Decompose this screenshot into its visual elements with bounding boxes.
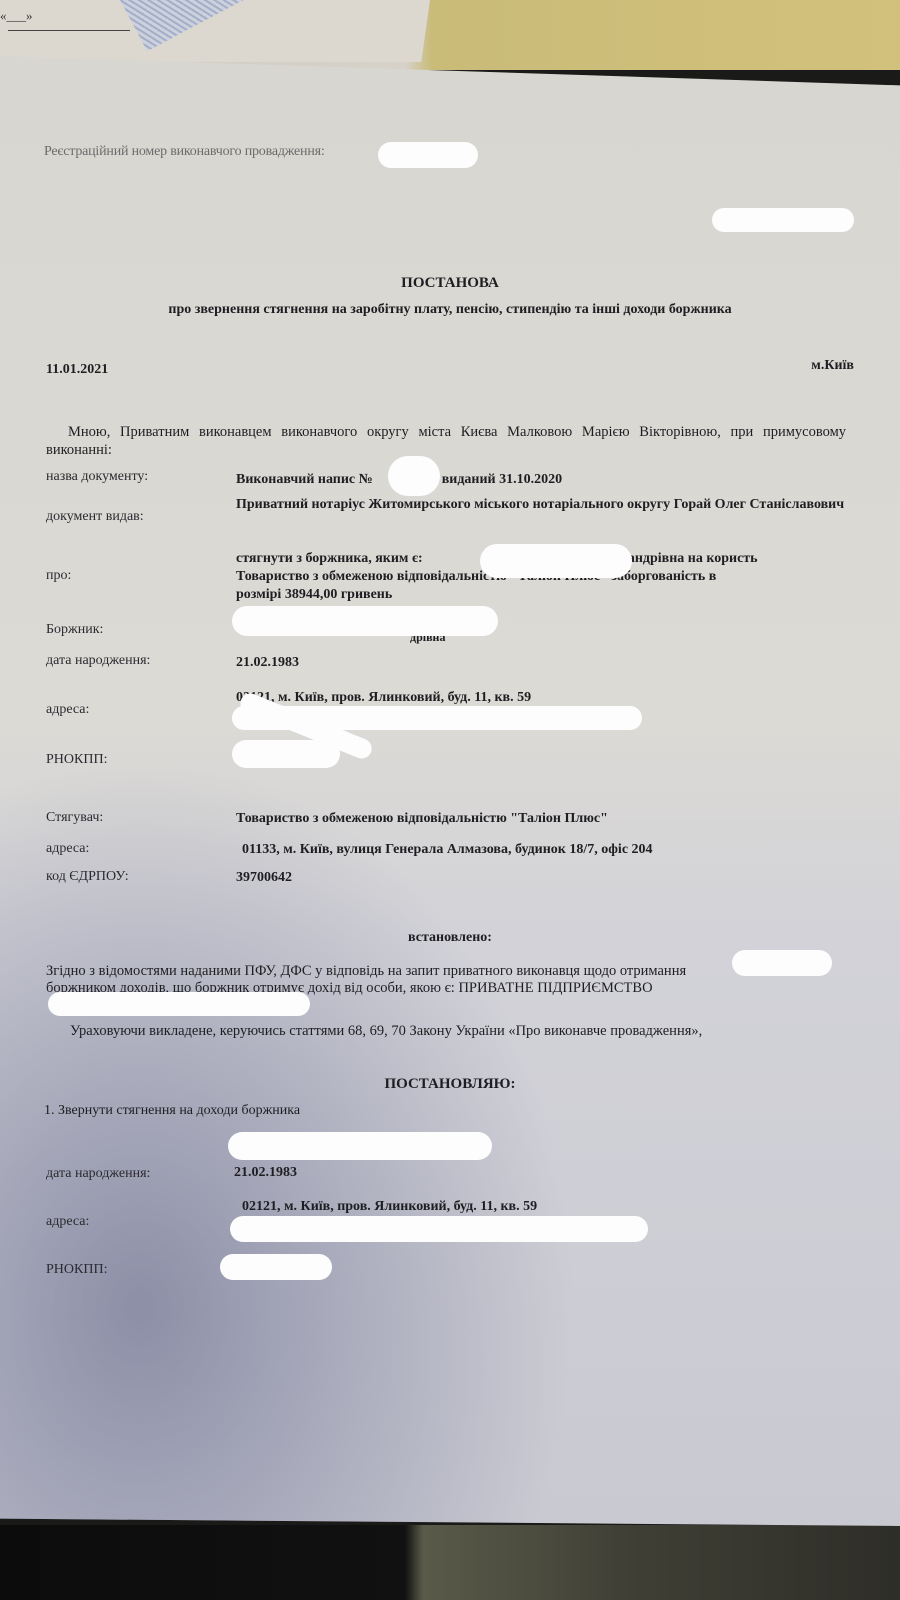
document-name-prefix: Виконавчий напис №: [236, 472, 373, 487]
creditor-address-label: адреса:: [46, 841, 89, 857]
redaction-top-right: [712, 208, 854, 232]
intro-paragraph: Мною, Приватним виконавцем виконавчого о…: [46, 423, 846, 459]
redaction-item1-rnokpp: [220, 1254, 332, 1280]
subject-line-1-prefix: стягнути з боржника, яким є:: [236, 551, 423, 566]
redaction-subject-name: [480, 544, 632, 578]
considering-paragraph: Ураховуючи викладене, керуючись статтями…: [70, 1022, 702, 1040]
redaction-item1-address: [230, 1216, 648, 1242]
item1-address-label: адреса:: [46, 1214, 89, 1230]
resolution-item-1: 1. Звернути стягнення на доходи боржника: [44, 1102, 300, 1120]
subject-line-3: розмірі 38944,00 гривень: [236, 586, 392, 604]
established-heading: встановлено:: [0, 930, 900, 946]
resolve-heading: ПОСТАНОВЛЯЮ:: [0, 1076, 900, 1093]
edrpou-label: код ЄДРПОУ:: [46, 869, 129, 885]
item1-rnokpp-label: РНОКПП:: [46, 1262, 107, 1278]
item1-birth-date-value: 21.02.1983: [234, 1164, 297, 1182]
debtor-label: Боржник:: [46, 622, 103, 638]
document-date: 11.01.2021: [46, 362, 108, 378]
creditor-address-value: 01133, м. Київ, вулиця Генерала Алмазова…: [242, 841, 653, 859]
issued-by-label: документ видав:: [46, 509, 144, 525]
background-desk-bottom: [0, 1525, 900, 1600]
document-name-suffix: виданий 31.10.2020: [442, 472, 562, 487]
established-line-1: Згідно з відомостями наданими ПФУ, ДФС у…: [46, 962, 686, 980]
creditor-label: Стягувач:: [46, 810, 103, 826]
rnokpp-label: РНОКПП:: [46, 752, 107, 768]
redaction-debtor-name: [232, 606, 498, 636]
document-city: м.Київ: [811, 358, 854, 374]
document-title: ПОСТАНОВА: [0, 275, 900, 292]
item1-birth-date-label: дата народження:: [46, 1166, 150, 1182]
redaction-rnokpp: [232, 740, 340, 768]
document-subtitle: про звернення стягнення на заробітну пла…: [0, 302, 900, 318]
redaction-item1-debtor-name: [228, 1132, 492, 1160]
document-name-label: назва документу:: [46, 469, 148, 485]
birth-date-value: 21.02.1983: [236, 654, 299, 672]
registration-number-label: Реєстраційний номер виконавчого провадже…: [44, 144, 325, 160]
issued-by-value: Приватний нотаріус Житомирського міськог…: [236, 496, 848, 514]
redaction-employer-name-2: [48, 992, 310, 1016]
background-underline: [8, 30, 130, 31]
document-sheet: Реєстраційний номер виконавчого провадже…: [0, 56, 900, 1526]
background-note-text: «___»: [0, 8, 33, 24]
edrpou-value: 39700642: [236, 869, 292, 887]
creditor-value: Товариство з обмеженою відповідальністю …: [236, 810, 608, 828]
debtor-address-label: адреса:: [46, 702, 89, 718]
redaction-employer-name-1: [732, 950, 832, 976]
item1-address-value: 02121, м. Київ, пров. Ялинковий, буд. 11…: [242, 1198, 537, 1216]
redaction-document-number: [388, 456, 440, 496]
redaction-registration-number: [378, 142, 478, 168]
birth-date-label: дата народження:: [46, 653, 150, 669]
subject-label: про:: [46, 568, 71, 584]
